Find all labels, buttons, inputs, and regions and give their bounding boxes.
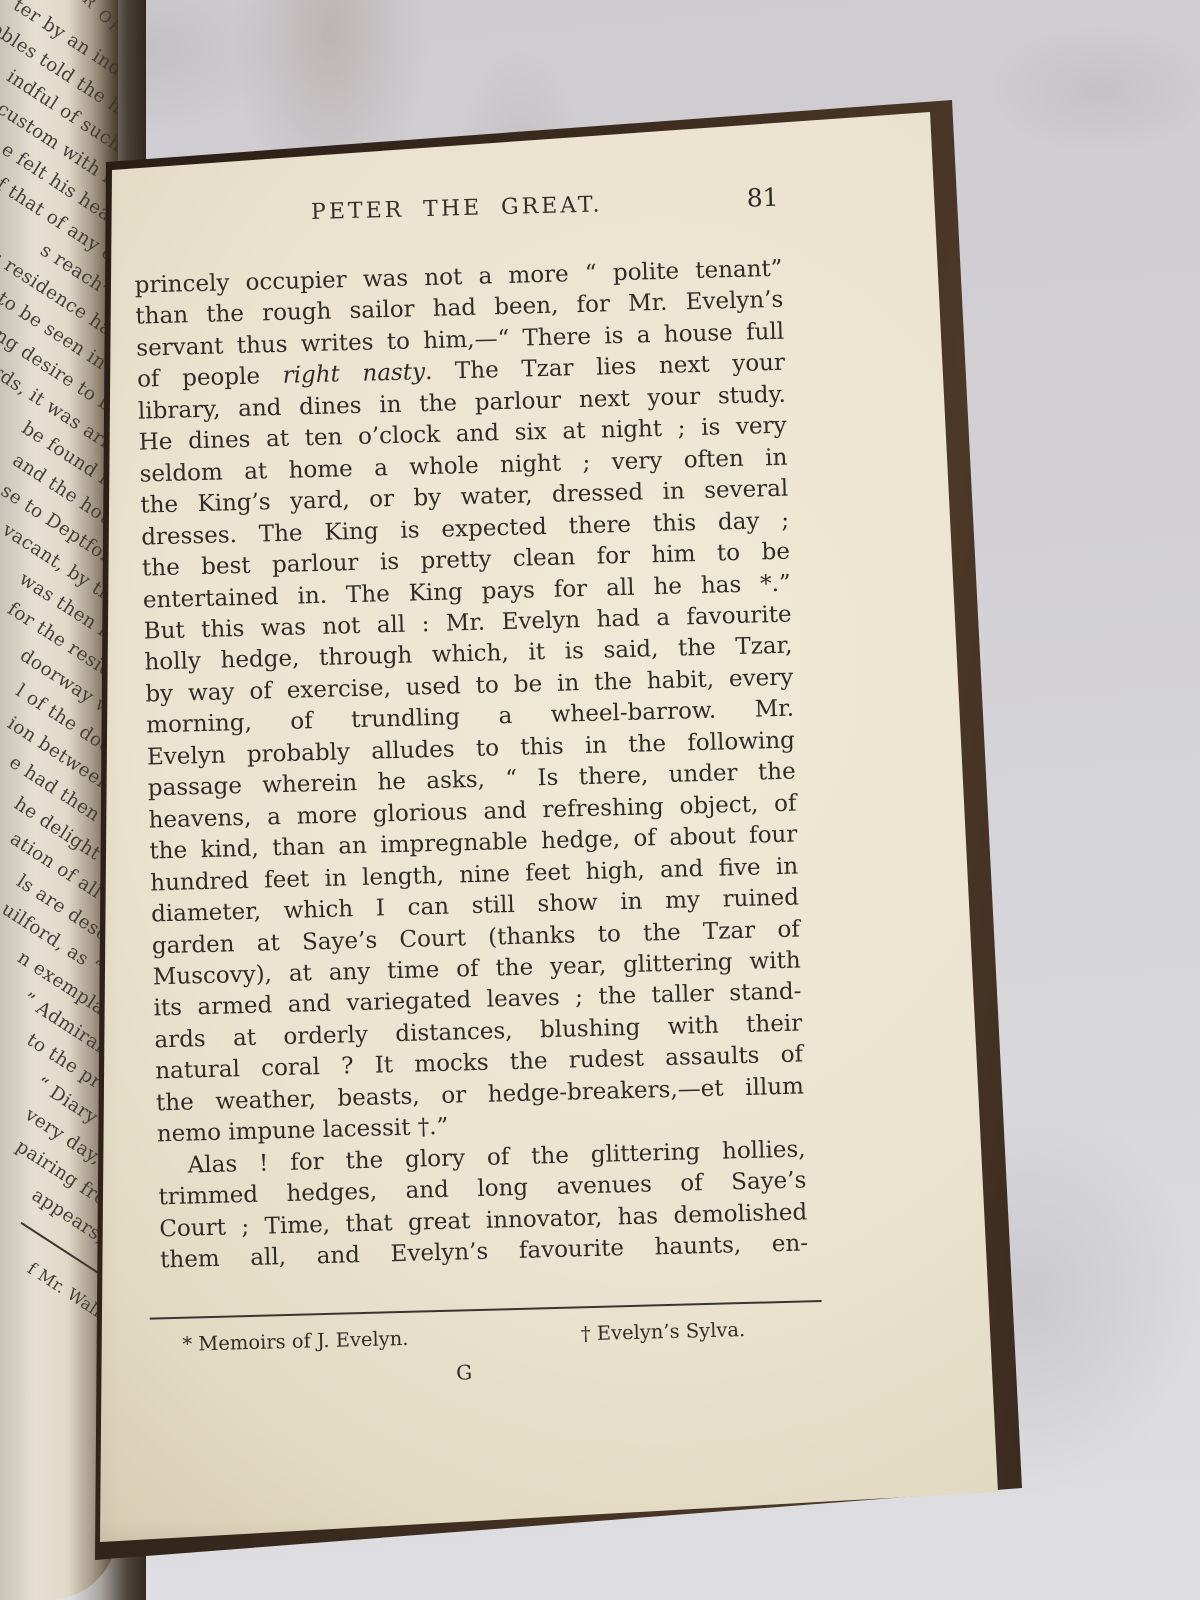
footnote-row: * Memoirs of J. Evelyn. † Evelyn’s Sylva…: [162, 1302, 811, 1356]
page-number: 81: [746, 183, 779, 213]
body-text: princely occupier was not a more “ polit…: [134, 254, 808, 1277]
footnote-right: † Evelyn’s Sylva.: [581, 1318, 746, 1345]
page-content: PETER THE GREAT. 81 princely occupier wa…: [133, 188, 812, 1392]
photo-background: { "colors": { "ink": "#302b26", "page_cr…: [0, 0, 1200, 1600]
italic-text: right nasty: [282, 359, 425, 389]
footnote-left: * Memoirs of J. Evelyn.: [182, 1326, 409, 1355]
